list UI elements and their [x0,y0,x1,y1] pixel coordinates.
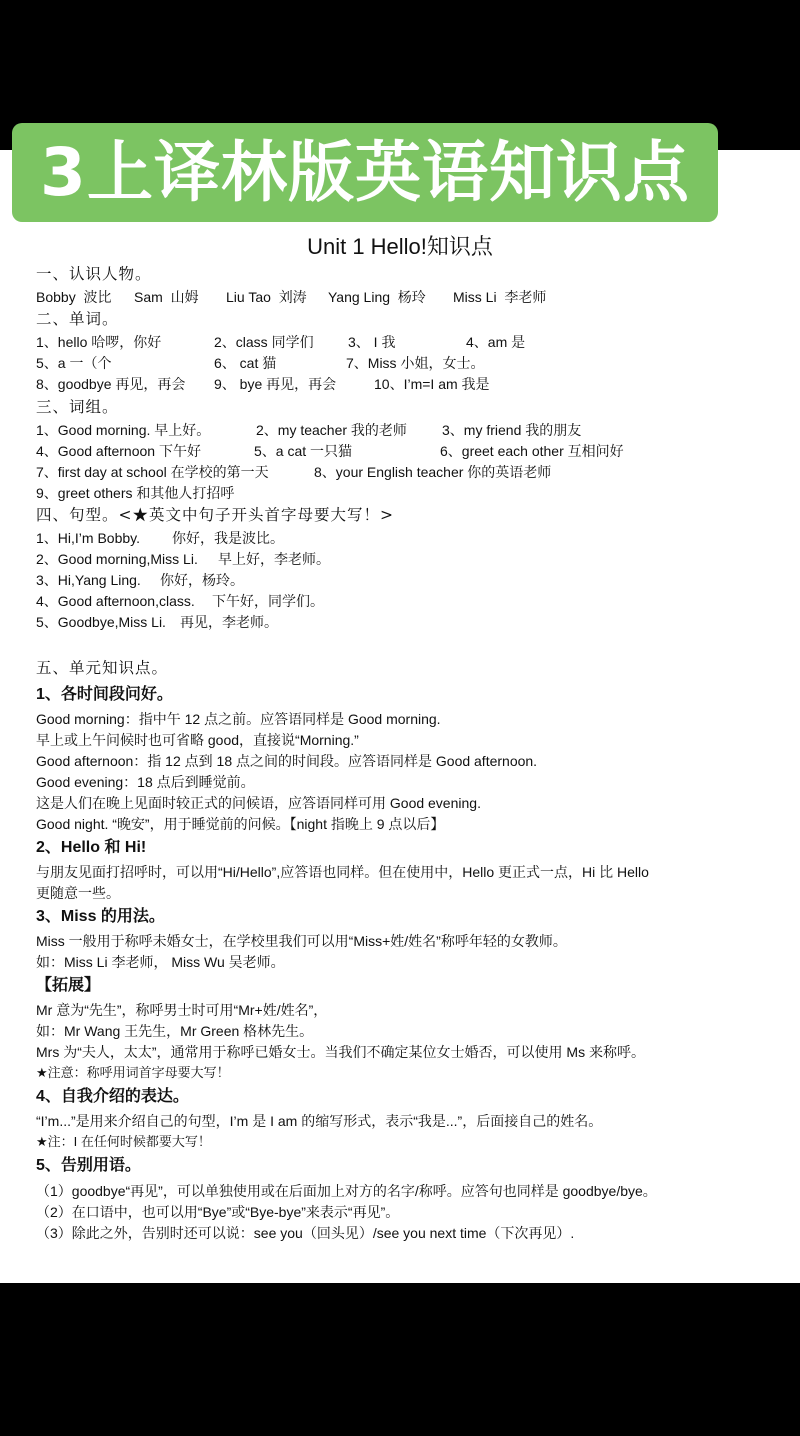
character-item: Sam 山姆 [134,287,199,307]
point-title-greetings: 1、各时间段问好。 [36,685,173,705]
title-banner: 3上译林版英语知识点 [12,123,718,222]
note-star: ★注意：称呼用词首字母要大写！ [36,1063,230,1083]
point-title-self-intro: 4、自我介绍的表达。 [36,1087,189,1107]
phrase-item: 1、Good morning. 早上好。 [36,420,210,440]
phrase-item: 3、my friend 我的朋友 [442,420,581,440]
point-line: Miss 一般用于称呼未婚女士，在学校里我们可以用“Miss+姓/姓名”称呼年轻… [36,931,567,951]
phrase-item: 2、my teacher 我的老师 [256,420,407,440]
phrase-item: 6、greet each other 互相问好 [440,441,624,461]
phrases-row-1: 1、Good morning. 早上好。 2、my teacher 我的老师 3… [36,420,776,440]
point-line: Mrs 为“夫人，太太”，通常用于称呼已婚女士。当我们不确定某位女士婚否，可以使… [36,1042,645,1062]
point-line: 如：Miss Li 李老师， Miss Wu 吴老师。 [36,952,285,972]
point-line: Good night. “晚安”，用于睡觉前的问候。【night 指晚上 9 点… [36,814,444,834]
phrase-item: 4、Good afternoon 下午好 [36,441,201,461]
word-item: 1、hello 哈啰，你好 [36,332,161,352]
word-item: 5、a 一（个 [36,353,111,373]
section-heading-sentences: 四、句型。<★英文中句子开头首字母要大写！> [36,505,394,525]
section-heading-phrases: 三、词组。 [36,397,119,417]
point-title-hello-hi: 2、Hello 和 Hi! [36,838,146,858]
phrase-item: 8、your English teacher 你的英语老师 [314,462,551,482]
document-title: Unit 1 Hello!知识点 [0,230,800,261]
point-line: （3）除此之外，告别时还可以说：see you（回头见）/see you nex… [36,1223,574,1243]
section-heading-words: 二、单词。 [36,309,119,329]
point-line: （2）在口语中，也可以用“Bye”或“Bye-bye”来表示“再见”。 [36,1202,399,1222]
words-row-2: 5、a 一（个 6、 cat 猫 7、Miss 小姐，女士。 [36,353,776,373]
word-item: 6、 cat 猫 [214,353,276,373]
point-line: 与朋友见面打招呼时，可以用“Hi/Hello”,应答语也同样。但在使用中，Hel… [36,862,649,882]
sentence-item: 1、Hi,I’m Bobby. 你好，我是波比。 [36,528,536,548]
point-line: 这是人们在晚上见面时较正式的问候语，应答语同样可用 Good evening. [36,793,481,813]
point-line: Mr 意为“先生”，称呼男士时可用“Mr+姓/姓名”， [36,1000,327,1020]
point-line: 如：Mr Wang 王先生，Mr Green 格林先生。 [36,1021,313,1041]
section-heading-characters: 一、认识人物。 [36,264,152,284]
phrases-row-3: 7、first day at school 在学校的第一天 8、your Eng… [36,462,776,482]
sentence-item: 3、Hi,Yang Ling. 你好，杨玲。 [36,570,536,590]
word-item: 7、Miss 小姐，女士。 [346,353,484,373]
characters-row: Bobby 波比 Sam 山姆 Liu Tao 刘涛 Yang Ling 杨玲 … [36,287,776,307]
phrase-item: 9、greet others 和其他人打招呼 [36,483,234,503]
character-item: Yang Ling 杨玲 [328,287,426,307]
point-title-extension: 【拓展】 [36,976,100,996]
character-item: Miss Li 李老师 [453,287,546,307]
word-item: 8、goodbye 再见，再会 [36,374,185,394]
point-title-farewell: 5、告别用语。 [36,1156,141,1176]
phrases-row-2: 4、Good afternoon 下午好 5、a cat 一只猫 6、greet… [36,441,776,461]
words-row-1: 1、hello 哈啰，你好 2、class 同学们 3、 I 我 4、am 是 [36,332,776,352]
point-line: “I’m...”是用来介绍自己的句型，I’m 是 I am 的缩写形式，表示“我… [36,1111,602,1131]
banner-title: 3上译林版英语知识点 [40,140,690,206]
phrase-item: 7、first day at school 在学校的第一天 [36,462,269,482]
words-row-3: 8、goodbye 再见，再会 9、 bye 再见，再会 10、I’m=I am… [36,374,776,394]
point-line: Good evening：18 点后到睡觉前。 [36,772,255,792]
point-line: （1）goodbye“再见”，可以单独使用或在后面加上对方的名字/称呼。应答句也… [36,1181,657,1201]
point-line: 早上或上午问候时也可省略 good，直接说“Morning.” [36,730,359,750]
sentence-item: 5、Goodbye,Miss Li. 再见，李老师。 [36,612,536,632]
note-star: ★注：I 在任何时候都要大写！ [36,1132,211,1152]
character-item: Bobby 波比 [36,287,111,307]
sentence-item: 4、Good afternoon,class. 下午好，同学们。 [36,591,536,611]
point-line: Good morning：指中午 12 点之前。应答语同样是 Good morn… [36,709,441,729]
sentence-item: 2、Good morning,Miss Li. 早上好，李老师。 [36,549,536,569]
word-item: 2、class 同学们 [214,332,314,352]
word-item: 3、 I 我 [348,332,395,352]
section-heading-knowledge: 五、单元知识点。 [36,658,168,678]
character-item: Liu Tao 刘涛 [226,287,307,307]
word-item: 10、I’m=I am 我是 [374,374,490,394]
point-title-miss: 3、Miss 的用法。 [36,907,165,927]
phrase-item: 5、a cat 一只猫 [254,441,352,461]
word-item: 4、am 是 [466,332,525,352]
word-item: 9、 bye 再见，再会 [214,374,336,394]
point-line: 更随意一些。 [36,883,120,903]
point-line: Good afternoon：指 12 点到 18 点之间的时间段。应答语同样是… [36,751,537,771]
